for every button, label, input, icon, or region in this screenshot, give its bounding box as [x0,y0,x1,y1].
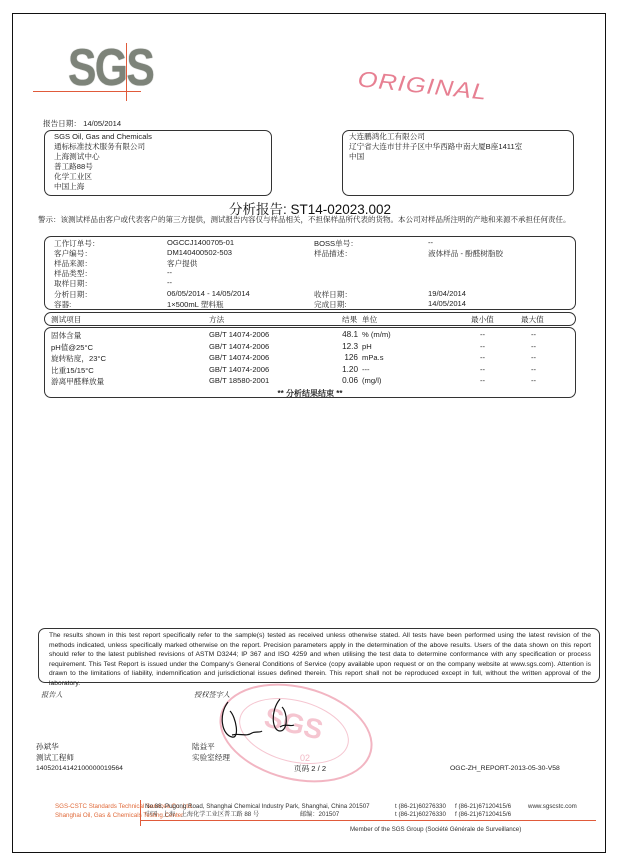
header-method: 方法 [209,314,224,325]
sample-field-value: -- [428,238,433,247]
footer-address-cn: 中国 · 上海 · 上海化学工业区普工路 88 号 [145,811,259,820]
sample-field-value: OGCCJ1400705-01 [167,238,234,247]
sample-field-value: 06/05/2014 - 14/05/2014 [167,289,250,298]
disclaimer-text: The results shown in this test report sp… [49,632,591,687]
logo-vertical-line [126,43,127,101]
reporter-name: 孙斌华 [36,742,59,752]
result-item: 游离甲醛释放量 [51,376,104,387]
sample-field-label: 样品描述： [314,248,352,259]
sample-field-value: 19/04/2014 [428,289,466,298]
report-date: 报告日期： 14/05/2014 [43,119,121,129]
signer-name: 陆益平 [192,742,215,752]
page-number: 页码 2 / 2 [294,764,326,774]
sample-field-label: 容器: [54,299,71,310]
from-line: 通标标准技术服务有限公司 [54,142,152,152]
from-line: 中国上海 [54,182,152,192]
from-line: SGS Oil, Gas and Chemicals [54,132,152,142]
results-end: ** 分析结果结束 ** [0,388,620,399]
result-method: GB/T 18580-2001 [209,376,269,385]
header-max: 最大值 [521,314,544,325]
header-min: 最小值 [471,314,494,325]
result-unit: mPa.s [362,353,384,362]
result-item: 固体含量 [51,330,81,341]
results-header-box [44,312,576,326]
result-value: 48.1 [318,330,358,339]
result-min: -- [480,353,485,362]
to-line: 中国 [349,152,522,162]
result-value: 1.20 [318,365,358,374]
footer-fax-2: f (86-21)67120415/6 [455,811,511,820]
result-unit: (mg/l) [362,376,381,385]
result-item: 旋转粘度，23°C [51,353,106,364]
from-address: SGS Oil, Gas and Chemicals 通标标准技术服务有限公司 … [54,132,152,193]
result-method: GB/T 14074-2006 [209,342,269,351]
logo-underline [33,91,141,92]
result-max: -- [531,376,536,385]
header-unit: 单位 [362,314,377,325]
result-unit: --- [362,365,370,374]
sample-field-value: DM140400502-503 [167,248,232,257]
header-item: 测试项目 [51,314,81,325]
result-method: GB/T 14074-2006 [209,330,269,339]
sample-field-value: 14/05/2014 [428,299,466,308]
result-unit: % (m/m) [362,330,391,339]
footer-website[interactable]: www.sgscstc.com [528,803,577,812]
disclaimer-box: The results shown in this test report sp… [38,628,600,683]
sample-field-value: -- [167,268,172,277]
sample-field-value: 1×500mL 塑料瓶 [167,299,224,310]
form-code: OGC-ZH_REPORT-2013-05-30-V58 [450,764,560,774]
result-max: -- [531,342,536,351]
sample-field-label: 完成日期: [314,299,346,310]
result-value: 0.06 [318,376,358,385]
sample-field-value: 液体样品 - 酚醛树脂胶 [428,248,503,259]
result-value: 12.3 [318,342,358,351]
reporter-title: 测试工程师 [36,753,74,763]
sgs-logo: SGS [68,42,153,94]
result-item: 比重15/15°C [51,365,94,376]
result-min: -- [480,376,485,385]
to-address: 大连鹏鸿化工有限公司 辽宁省大连市甘井子区中华西路中南大厦B座1411室 中国 [349,132,522,162]
signer-title: 实验室经理 [192,753,230,763]
result-item: pH值@25°C [51,342,93,353]
result-max: -- [531,330,536,339]
result-min: -- [480,365,485,374]
footer-member: Member of the SGS Group (Société Général… [350,826,521,835]
footer-rule [140,820,596,821]
signature [210,697,320,747]
warning-text: 警示：该测试样品由客户或代表客户的第三方提供，测试报告内容仅与样品相关，不担保样… [38,215,594,226]
header-result: 结果 [342,314,357,325]
result-max: -- [531,353,536,362]
result-max: -- [531,365,536,374]
report-date-label: 报告日期： [43,119,81,128]
result-unit: pH [362,342,372,351]
seal-number: 02 [300,753,310,763]
to-line: 辽宁省大连市甘井子区中华西路中南大厦B座1411室 [349,142,522,152]
sample-field-value: -- [167,278,172,287]
footer-postcode: 邮编：201507 [300,811,339,820]
to-line: 大连鹏鸿化工有限公司 [349,132,522,142]
result-min: -- [480,342,485,351]
from-line: 上海测试中心 [54,152,152,162]
result-min: -- [480,330,485,339]
result-method: GB/T 14074-2006 [209,365,269,374]
from-line: 化学工业区 [54,172,152,182]
footer-tel-2: t (86-21)60276330 [395,811,446,820]
result-value: 126 [318,353,358,362]
reporter-label: 报告人 [41,690,63,700]
sample-info-box [44,236,576,310]
document-number: 14052014142100000019564 [36,764,123,774]
result-method: GB/T 14074-2006 [209,353,269,362]
from-line: 普工路88号 [54,162,152,172]
report-date-value: 14/05/2014 [83,119,121,128]
